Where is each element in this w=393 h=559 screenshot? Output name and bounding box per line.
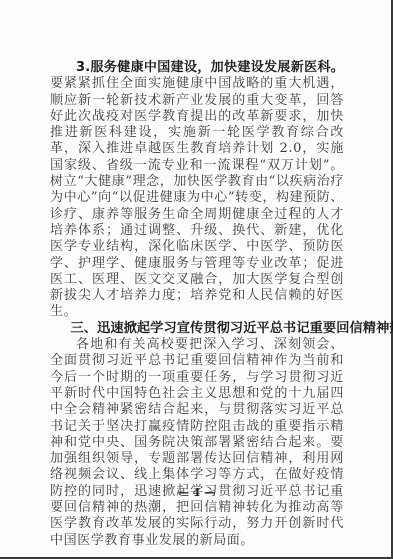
section-three-heading: 三、迅速掀起学习宣传贯彻习近平总书记重要回信精神热潮 bbox=[50, 321, 344, 337]
section-3-body-text: 要紧紧抓住全面实施健康中国战略的重大机遇，顺应新一轮新技术新产业发展的重大变革，… bbox=[50, 76, 344, 319]
document-body: 3.服务健康中国建设，加快建设发展新医科。要紧紧抓住全面实施健康中国战略的重大机… bbox=[50, 60, 344, 549]
document-page: 3.服务健康中国建设，加快建设发展新医科。要紧紧抓住全面实施健康中国战略的重大机… bbox=[0, 0, 393, 559]
paragraph-section-3: 3.服务健康中国建设，加快建设发展新医科。要紧紧抓住全面实施健康中国战略的重大机… bbox=[50, 60, 344, 321]
section-3-lead-heading: 3.服务健康中国建设，加快建设发展新医科。 bbox=[76, 60, 344, 75]
paragraph-section-three: 各地和有关高校要把深入学习、深刻领会、全面贯彻习近平总书记重要回信精神作为当前和… bbox=[50, 337, 344, 549]
page-number: — 4 — bbox=[0, 486, 393, 499]
